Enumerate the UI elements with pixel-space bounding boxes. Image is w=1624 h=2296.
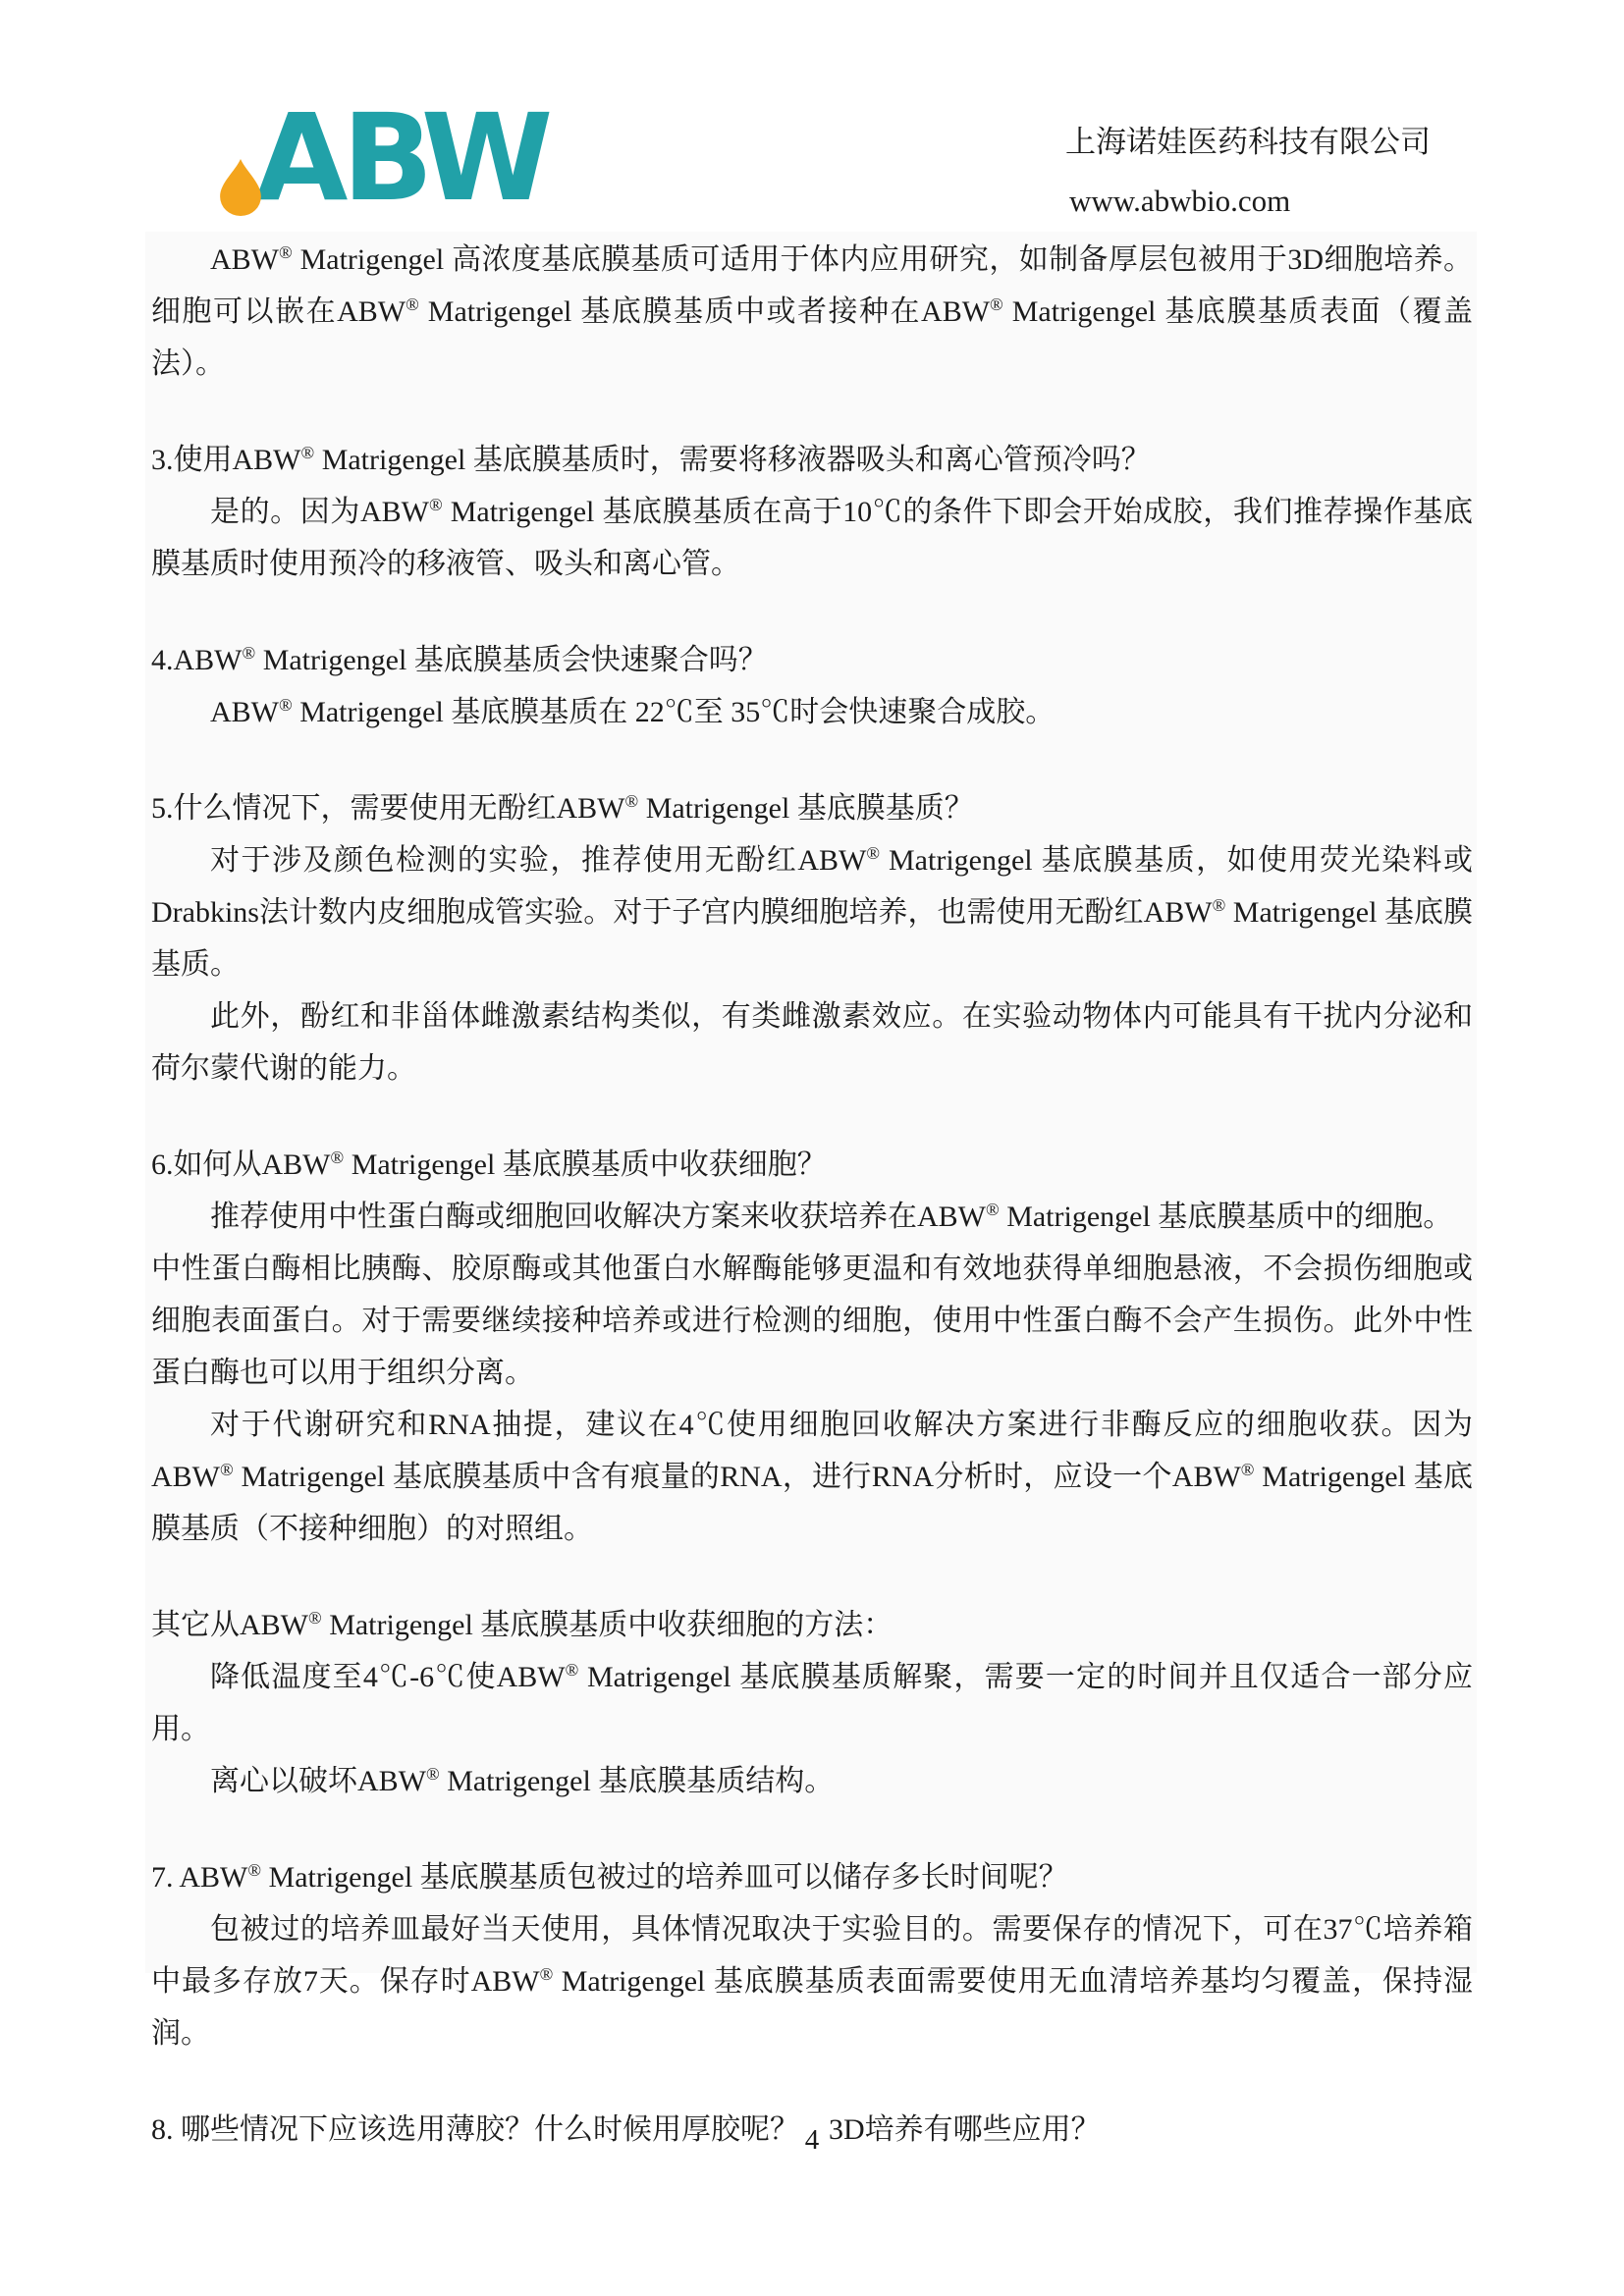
question-heading: 其它从ABW® Matrigengel 基底膜基质中收获细胞的方法： [151, 1599, 1473, 1651]
answer-paragraph: 包被过的培养皿最好当天使用，具体情况取决于实验目的。需要保存的情况下，可在37℃… [151, 1903, 1473, 2059]
faq-section-3: 3.使用ABW® Matrigengel 基底膜基质时，需要将移液器吸头和离心管… [151, 434, 1473, 590]
header-company-info: 上海诺娃医药科技有限公司 www.abwbio.com [1065, 122, 1431, 222]
answer-paragraph: 降低温度至4℃-6℃使ABW® Matrigengel 基底膜基质解聚，需要一定… [151, 1651, 1473, 1755]
faq-section-4: 4.ABW® Matrigengel 基底膜基质会快速聚合吗？ ABW® Mat… [151, 634, 1473, 738]
company-logo: ABW [255, 94, 547, 222]
faq-section-7: 7. ABW® Matrigengel 基底膜基质包被过的培养皿可以储存多长时间… [151, 1851, 1473, 2059]
answer-paragraph: 对于涉及颜色检测的实验，推荐使用无酚红ABW® Matrigengel 基底膜基… [151, 834, 1473, 990]
company-name: 上海诺娃医药科技有限公司 [1065, 122, 1431, 163]
answer-paragraph: 是的。因为ABW® Matrigengel 基底膜基质在高于10℃的条件下即会开… [151, 486, 1473, 590]
answer-paragraph: 中性蛋白酶相比胰酶、胶原酶或其他蛋白水解酶能够更温和有效地获得单细胞悬液，不会损… [151, 1243, 1473, 1399]
faq-section-6: 6.如何从ABW® Matrigengel 基底膜基质中收获细胞？ 推荐使用中性… [151, 1139, 1473, 1555]
answer-paragraph: 离心以破坏ABW® Matrigengel 基底膜基质结构。 [151, 1755, 1473, 1807]
question-heading: 6.如何从ABW® Matrigengel 基底膜基质中收获细胞？ [151, 1139, 1473, 1191]
logo-text: ABW [255, 88, 547, 228]
faq-section-other-methods: 其它从ABW® Matrigengel 基底膜基质中收获细胞的方法： 降低温度至… [151, 1599, 1473, 1807]
page-number: 4 [0, 2124, 1624, 2157]
company-website: www.abwbio.com [1065, 181, 1431, 222]
answer-paragraph: 推荐使用中性蛋白酶或细胞回收解决方案来收获培养在ABW® Matrigengel… [151, 1191, 1473, 1243]
question-heading: 7. ABW® Matrigengel 基底膜基质包被过的培养皿可以储存多长时间… [151, 1851, 1473, 1903]
question-heading: 5.什么情况下，需要使用无酚红ABW® Matrigengel 基底膜基质？ [151, 782, 1473, 834]
answer-paragraph: ABW® Matrigengel 基底膜基质在 22℃至 35℃时会快速聚合成胶… [151, 686, 1473, 738]
document-page: ABW 上海诺娃医药科技有限公司 www.abwbio.com ABW® Mat… [0, 0, 1624, 2296]
intro-paragraph: ABW® Matrigengel 高浓度基底膜基质可适用于体内应用研究，如制备厚… [151, 234, 1473, 390]
faq-section-5: 5.什么情况下，需要使用无酚红ABW® Matrigengel 基底膜基质？ 对… [151, 782, 1473, 1095]
water-drop-icon [220, 159, 261, 216]
question-heading: 4.ABW® Matrigengel 基底膜基质会快速聚合吗？ [151, 634, 1473, 686]
answer-paragraph: 此外，酚红和非甾体雌激素结构类似，有类雌激素效应。在实验动物体内可能具有干扰内分… [151, 990, 1473, 1095]
answer-paragraph: 对于代谢研究和RNA抽提，建议在4℃使用细胞回收解决方案进行非酶反应的细胞收获。… [151, 1399, 1473, 1555]
document-body: ABW® Matrigengel 高浓度基底膜基质可适用于体内应用研究，如制备厚… [151, 234, 1473, 2156]
question-heading: 3.使用ABW® Matrigengel 基底膜基质时，需要将移液器吸头和离心管… [151, 434, 1473, 486]
